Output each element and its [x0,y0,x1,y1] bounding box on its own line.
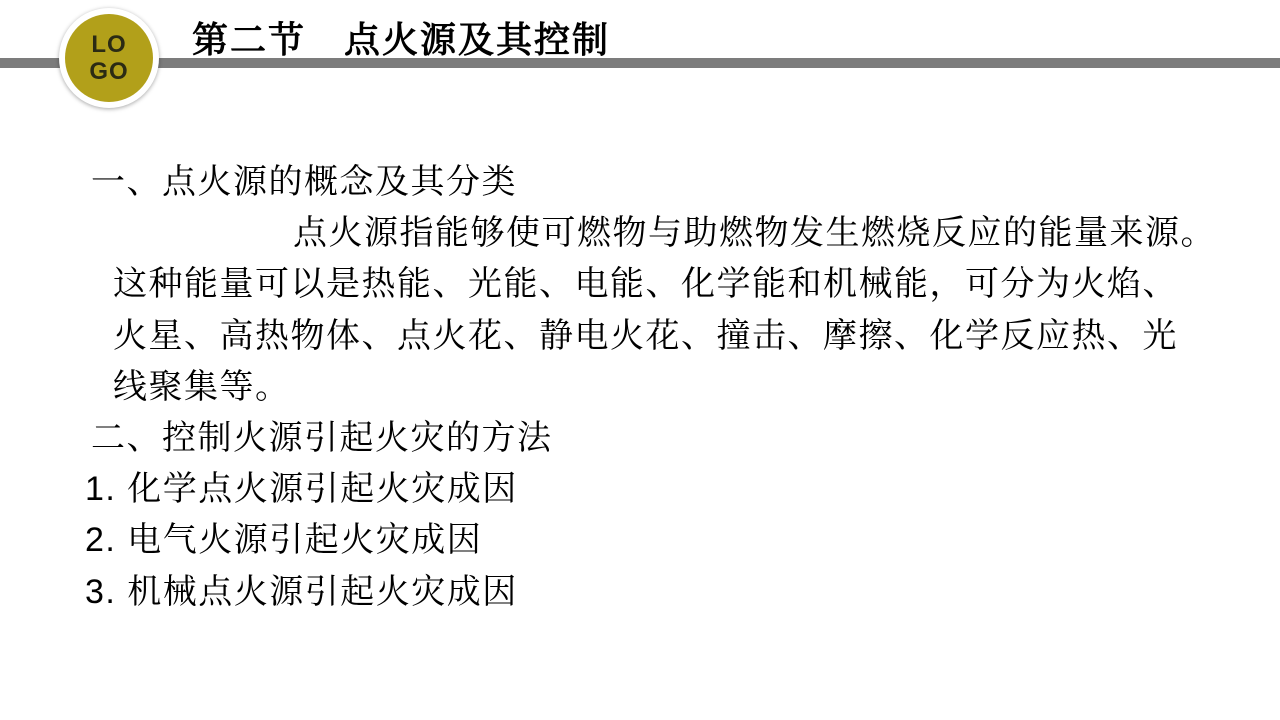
body-line-definition-cont-1: 这种能量可以是热能、光能、电能、化学能和机械能，可分为火焰、 [85,259,1245,310]
body-line-item-2: 2. 电气火源引起火灾成因 [85,515,1245,566]
logo-text-line2: GO [89,58,128,85]
slide-title: 第二节 点火源及其控制 [192,21,610,59]
logo-text-line1: LO [91,31,126,58]
body-line-section1-heading: 一、点火源的概念及其分类 [85,157,1245,208]
logo-circle: LO GO [65,14,153,102]
body-line-item-3: 3. 机械点火源引起火灾成因 [85,567,1245,618]
body-line-section2-heading: 二、控制火源引起火灾的方法 [85,413,1245,464]
presentation-slide: LO GO 第二节 点火源及其控制 一、点火源的概念及其分类 点火源指能够使可燃… [0,0,1280,720]
logo-badge: LO GO [59,8,159,108]
body-line-definition-start: 点火源指能够使可燃物与助燃物发生燃烧反应的能量来源。 [85,208,1245,259]
slide-body: 一、点火源的概念及其分类 点火源指能够使可燃物与助燃物发生燃烧反应的能量来源。 … [85,157,1245,618]
body-line-item-1: 1. 化学点火源引起火灾成因 [85,464,1245,515]
body-line-definition-cont-2: 火星、高热物体、点火花、静电火花、撞击、摩擦、化学反应热、光 [85,311,1245,362]
body-line-definition-end: 线聚集等。 [85,362,1245,413]
